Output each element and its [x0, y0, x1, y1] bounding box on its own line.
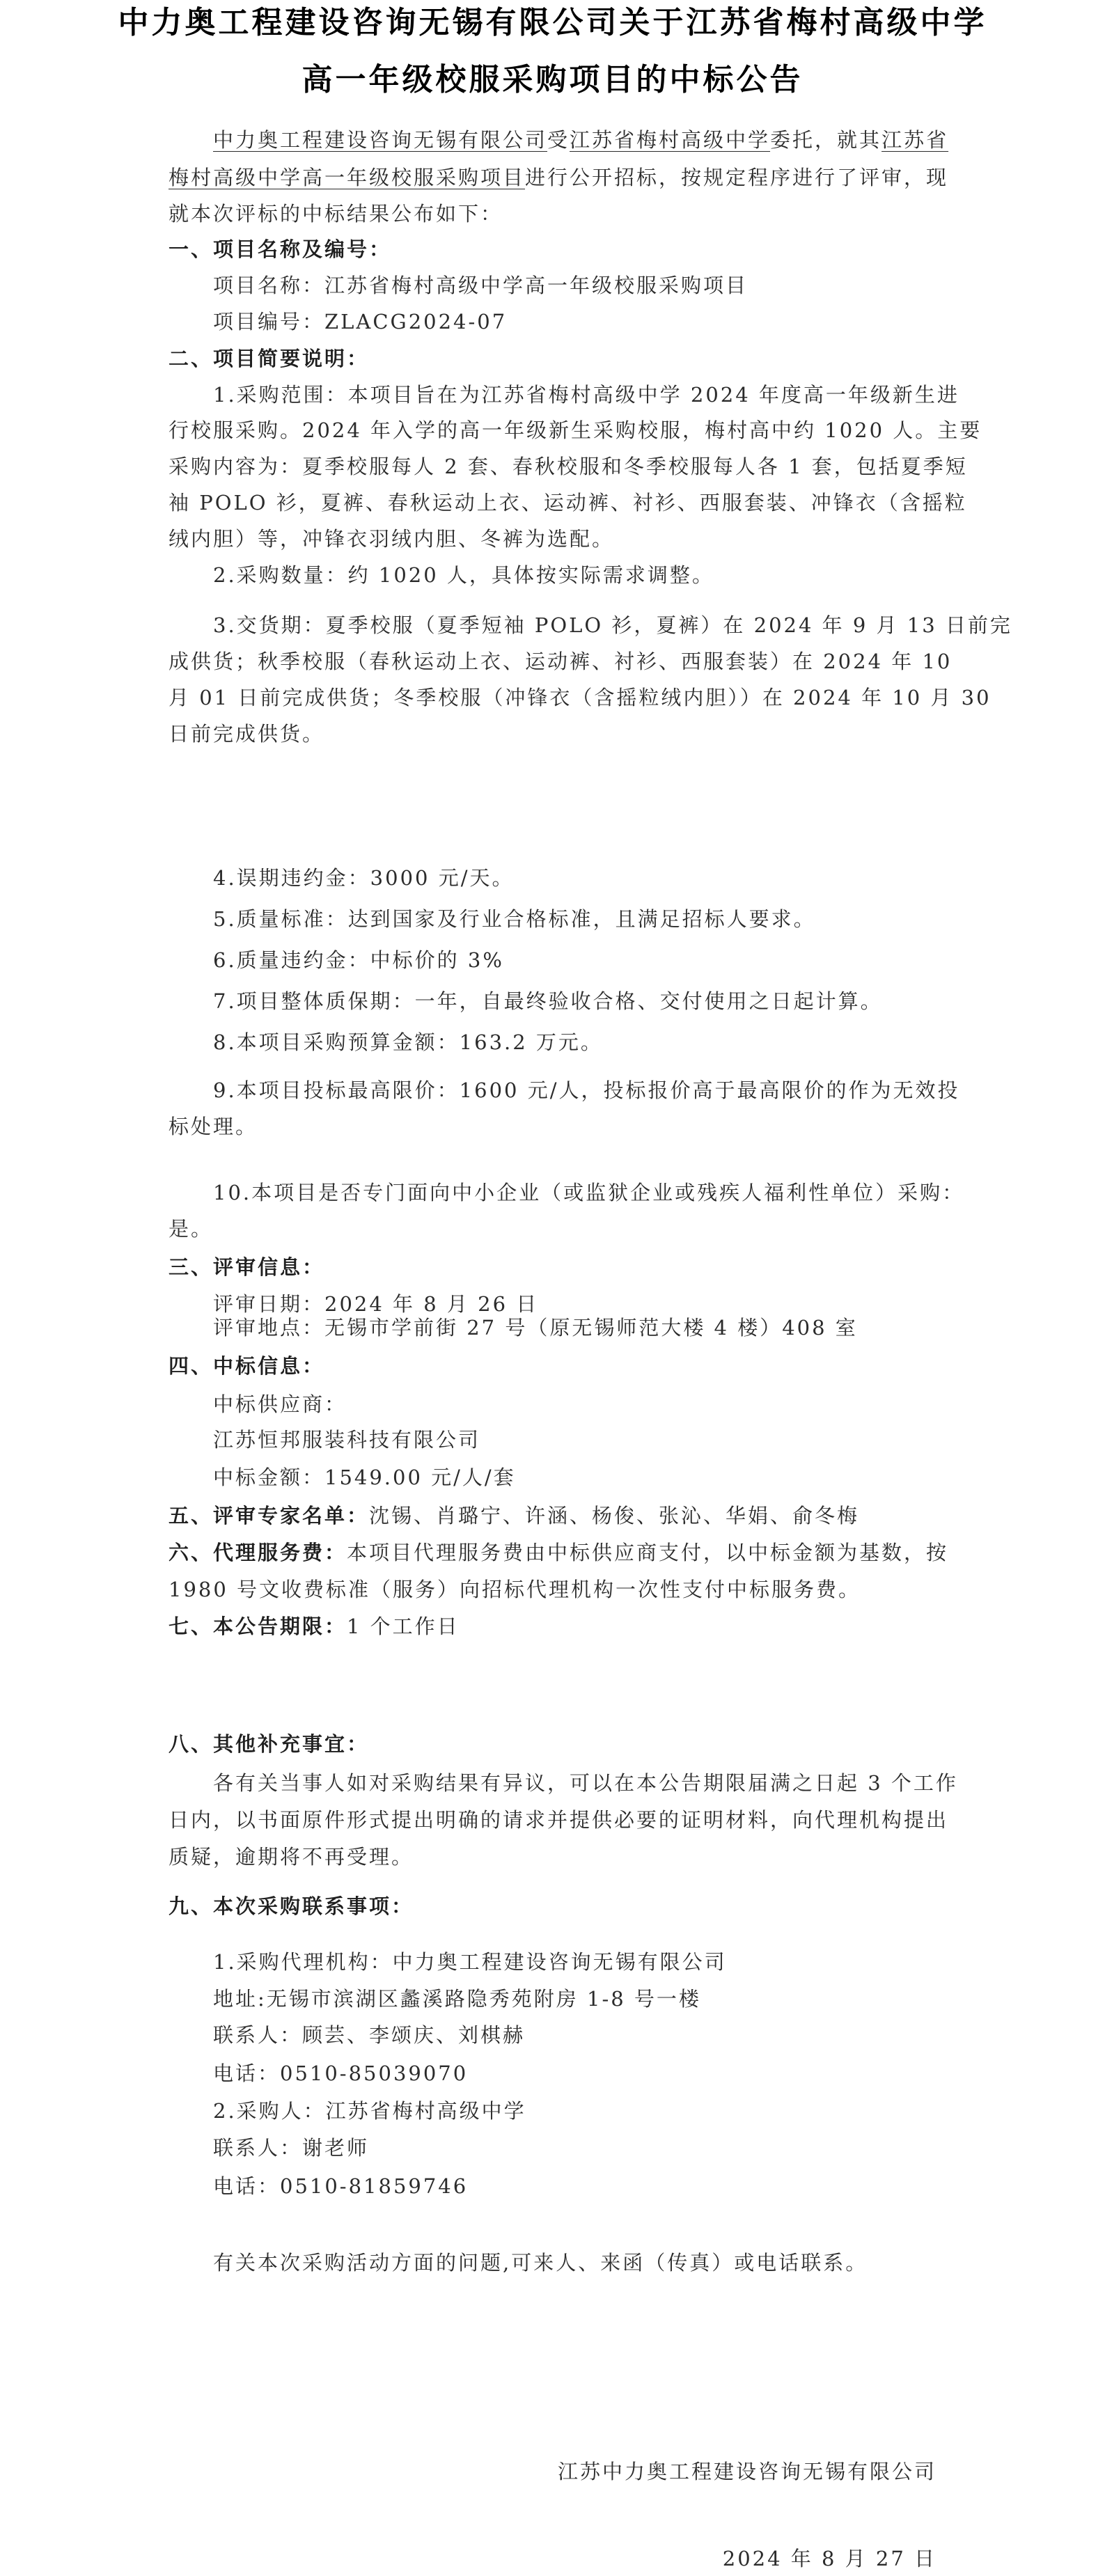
sec2-line: 10.本项目是否专门面向中小企业（或监狱企业或残疾人福利性单位）采购：: [213, 1180, 986, 1205]
sec2-line: 行校服采购。2024 年入学的高一年级新生采购校服，梅村高中约 1020 人。主…: [169, 418, 941, 443]
section-2-heading: 二、项目简要说明：: [169, 346, 941, 371]
section-7: 七、本公告期限：1 个工作日: [169, 1614, 941, 1639]
review-place: 评审地点：无锡市学前街 27 号（原无锡师范大楼 4 楼）408 室: [213, 1315, 986, 1340]
section-5: 五、评审专家名单：沈锡、肖璐宁、许涵、杨俊、张沁、华娟、俞冬梅: [169, 1503, 941, 1528]
section-3-heading: 三、评审信息：: [169, 1255, 941, 1280]
sec2-line: 7.项目整体质保期：一年，自最终验收合格、交付使用之日起计算。: [213, 989, 986, 1014]
section-6-heading: 六、代理服务费：: [169, 1541, 347, 1564]
sec2-line: 1.采购范围：本项目旨在为江苏省梅村高级中学 2024 年度高一年级新生进: [213, 382, 986, 407]
title-line-1: 中力奥工程建设咨询无锡有限公司关于江苏省梅村高级中学: [0, 6, 1105, 40]
purchaser-name: 江苏省梅村高级中学: [570, 128, 770, 152]
section-9-heading: 九、本次采购联系事项：: [169, 1894, 941, 1919]
notice-period: 1 个工作日: [347, 1615, 460, 1638]
project-name-part: 梅村高级中学高一年级校服采购项目: [169, 166, 525, 189]
sec2-line: 4.误期违约金：3000 元/天。: [213, 865, 986, 890]
sec2-line: 是。: [169, 1216, 941, 1241]
signature-company: 江苏中力奥工程建设咨询无锡有限公司: [558, 2459, 936, 2484]
title-line-2: 高一年级校服采购项目的中标公告: [0, 63, 1105, 97]
contact-line: 联系人：顾芸、李颂庆、刘棋赫: [213, 2023, 986, 2048]
sec2-line: 日前完成供货。: [169, 721, 941, 746]
sec2-line: 9.本项目投标最高限价：1600 元/人，投标报价高于最高限价的作为无效投: [213, 1078, 986, 1103]
intro-paragraph-line-3: 就本次评标的中标结果公布如下：: [169, 201, 941, 226]
contact-line: 1.采购代理机构：中力奥工程建设咨询无锡有限公司: [213, 1949, 986, 1974]
sec2-line: 成供货；秋季校服（春秋运动上衣、运动裤、衬衫、西服套装）在 2024 年 10: [169, 649, 941, 674]
section-5-heading: 五、评审专家名单：: [169, 1504, 369, 1527]
sec2-line: 8.本项目采购预算金额：163.2 万元。: [213, 1030, 986, 1055]
section-4-heading: 四、中标信息：: [169, 1353, 941, 1379]
sec2-line: 采购内容为：夏季校服每人 2 套、春秋校服和冬季校服每人各 1 套，包括夏季短: [169, 454, 941, 479]
contact-line: 电话：0510-85039070: [213, 2061, 986, 2086]
section-1-heading: 一、项目名称及编号：: [169, 237, 941, 262]
sec2-line: 月 01 日前完成供货；冬季校服（冲锋衣（含摇粒绒内胆））在 2024 年 10…: [169, 685, 941, 710]
review-date: 评审日期：2024 年 8 月 26 日: [213, 1291, 986, 1317]
sec6-line: 1980 号文收费标准（服务）向招标代理机构一次性支付中标服务费。: [169, 1577, 941, 1602]
signature-date: 2024 年 8 月 27 日: [723, 2546, 936, 2571]
project-name-part: 江苏省: [881, 128, 948, 152]
sec8-line: 日内，以书面原件形式提出明确的请求并提供必要的证明材料，向代理机构提出: [169, 1807, 941, 1832]
winning-amount: 中标金额：1549.00 元/人/套: [213, 1465, 986, 1490]
contact-line: 地址:无锡市滨湖区蠡溪路隐秀苑附房 1-8 号一楼: [213, 1986, 986, 2011]
expert-list: 沈锡、肖璐宁、许涵、杨俊、张沁、华娟、俞冬梅: [369, 1504, 859, 1527]
contact-line: 电话：0510-81859746: [213, 2174, 986, 2199]
sec8-line: 质疑，逾期将不再受理。: [169, 1844, 941, 1869]
contact-line: 2.采购人：江苏省梅村高级中学: [213, 2098, 986, 2123]
intro-paragraph-line-1: 中力奥工程建设咨询无锡有限公司受江苏省梅村高级中学委托，就其江苏省: [213, 127, 986, 152]
section-8-heading: 八、其他补充事宜：: [169, 1731, 941, 1757]
sec2-line: 袖 POLO 衫，夏裤、春秋运动上衣、运动裤、衬衫、西服套装、冲锋衣（含摇粒: [169, 490, 941, 515]
agency-name: 中力奥工程建设咨询无锡有限公司: [213, 128, 547, 152]
sec8-line: 各有关当事人如对采购结果有异议，可以在本公告期限届满之日起 3 个工作: [213, 1770, 986, 1796]
closing-note: 有关本次采购活动方面的问题,可来人、来函（传真）或电话联系。: [213, 2250, 986, 2275]
sec2-line: 2.采购数量：约 1020 人，具体按实际需求调整。: [213, 563, 986, 588]
winning-supplier: 江苏恒邦服装科技有限公司: [213, 1427, 986, 1452]
project-name: 项目名称：江苏省梅村高级中学高一年级校服采购项目: [213, 273, 986, 298]
section-6: 六、代理服务费：本项目代理服务费由中标供应商支付，以中标金额为基数，按: [169, 1540, 941, 1565]
supplier-label: 中标供应商：: [213, 1392, 986, 1417]
sec2-line: 绒内胆）等，冲锋衣羽绒内胆、冬裤为选配。: [169, 526, 941, 551]
sec2-line: 标处理。: [169, 1114, 941, 1139]
section-7-heading: 七、本公告期限：: [169, 1615, 347, 1638]
intro-paragraph-line-2: 梅村高级中学高一年级校服采购项目进行公开招标，按规定程序进行了评审，现: [169, 165, 941, 190]
sec2-line: 3.交货期：夏季校服（夏季短袖 POLO 衫，夏裤）在 2024 年 9 月 1…: [213, 613, 986, 638]
project-code: 项目编号：ZLACG2024-07: [213, 309, 986, 334]
contact-line: 联系人：谢老师: [213, 2135, 986, 2160]
sec2-line: 6.质量违约金：中标价的 3%: [213, 948, 986, 973]
sec2-line: 5.质量标准：达到国家及行业合格标准，且满足招标人要求。: [213, 906, 986, 932]
